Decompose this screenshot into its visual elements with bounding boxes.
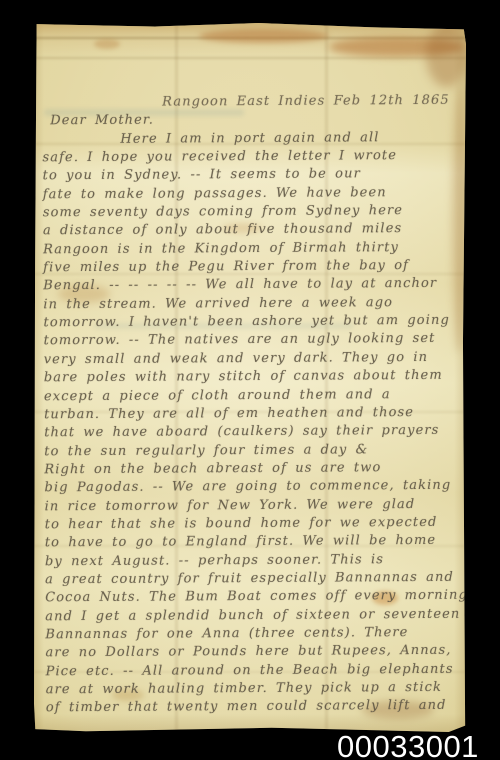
letter-line: a distance of only about five thousand m… bbox=[43, 220, 461, 241]
letter-line: of timber that twenty men could scarcely… bbox=[46, 697, 464, 718]
letter-text: Rangoon East Indies Feb 12th 1865 Dear M… bbox=[40, 92, 464, 718]
letter-lines: Here I am in port again and allsafe. I h… bbox=[40, 128, 464, 718]
paper-stain bbox=[94, 39, 120, 49]
letter-paper: Rangoon East Indies Feb 12th 1865 Dear M… bbox=[34, 23, 466, 732]
letter-line: bare poles with nary stitch of canvas ab… bbox=[44, 367, 462, 388]
letter-line: are no Dollars or Pounds here but Rupees… bbox=[45, 642, 463, 663]
letter-line: Cocoa Nuts. The Bum Boat comes off every… bbox=[45, 587, 463, 608]
letter-line: Bengal. -- -- -- -- -- We all have to la… bbox=[43, 275, 461, 296]
paper-stain bbox=[199, 29, 329, 43]
letter-line: big Pagodas. -- We are going to commence… bbox=[44, 477, 462, 498]
letter-heading: Rangoon East Indies Feb 12th 1865 bbox=[162, 92, 460, 112]
letter-line: in rice tomorrow for New York. We were g… bbox=[45, 495, 463, 516]
letter-line: Here I am in port again and all bbox=[120, 128, 460, 148]
letter-line: to have to go to England first. We will … bbox=[45, 532, 463, 553]
letter-line: that we have aboard (caulkers) say their… bbox=[44, 422, 462, 443]
paper-stain bbox=[426, 23, 466, 87]
catalog-number: 00033001 bbox=[337, 729, 479, 760]
paper-crease bbox=[34, 57, 466, 59]
photo-backdrop: Rangoon East Indies Feb 12th 1865 Dear M… bbox=[0, 0, 500, 760]
letter-line: tomorrow. -- The natives are an ugly loo… bbox=[44, 330, 462, 351]
